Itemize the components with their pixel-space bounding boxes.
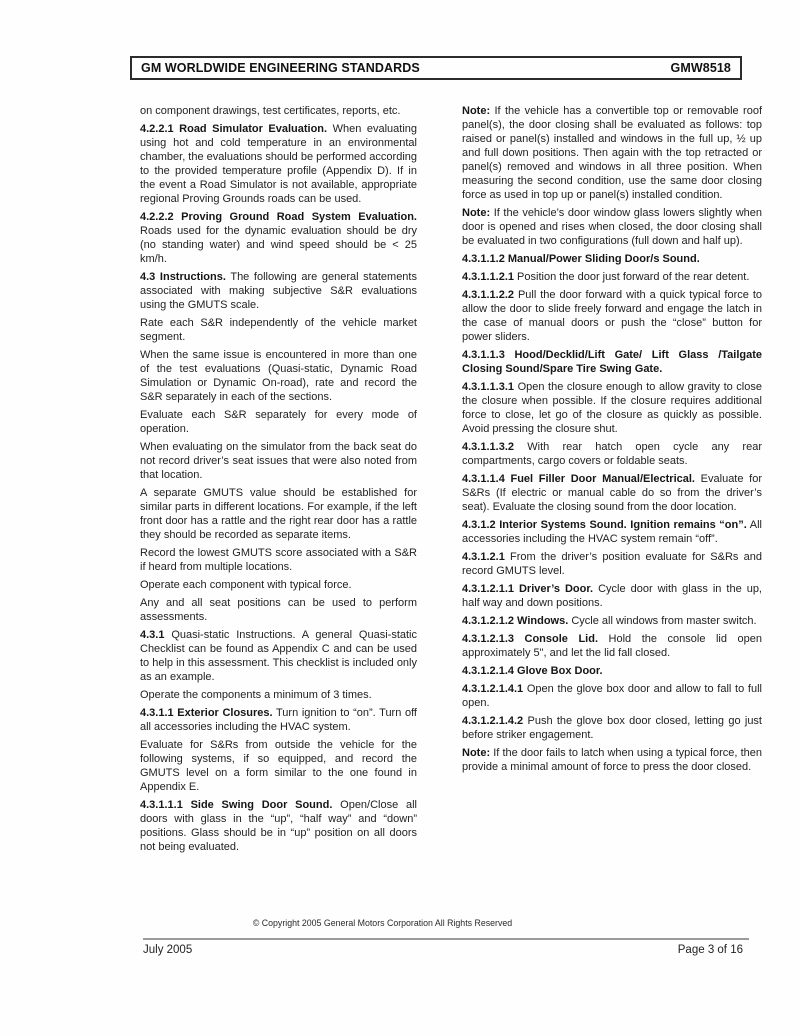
note-lead: Note: [462,207,490,219]
paragraph: When evaluating on the simulator from th… [140,440,417,482]
paragraph: 4.3.1.1.1 Side Swing Door Sound. Open/Cl… [140,798,417,854]
paragraph: A separate GMUTS value should be establi… [140,486,417,542]
paragraph: Rate each S&R independently of the vehic… [140,316,417,344]
section-lead: 4.3.1.1.3.2 [462,441,514,453]
section-lead: 4.2.2.1 Road Simulator Evaluation. [140,123,327,135]
paragraph: 4.3 Instructions. The following are gene… [140,270,417,312]
paragraph-text: Operate the components a minimum of 3 ti… [140,689,372,701]
paragraph: 4.3.1.2 Interior Systems Sound. Ignition… [462,518,762,546]
paragraph: Evaluate for S&Rs from outside the vehic… [140,738,417,794]
paragraph: on component drawings, test certificates… [140,104,417,118]
paragraph-text: Any and all seat positions can be used t… [140,597,417,623]
section-lead: 4.3.1.1.2.2 [462,289,514,301]
section-lead: 4.3.1.2.1.2 Windows. [462,615,568,627]
section-lead: 4.3.1.1 Exterior Closures. [140,707,273,719]
section-lead: 4.3.1.2.1 [462,551,505,563]
left-column: on component drawings, test certificates… [140,104,417,854]
section-lead: 4.3.1.2.1.4.2 [462,715,523,727]
section-lead: 4.3.1.1.1 Side Swing Door Sound. [140,799,332,811]
paragraph: 4.2.2.2 Proving Ground Road System Evalu… [140,210,417,266]
paragraph: 4.3.1.1.3 Hood/Decklid/Lift Gate/ Lift G… [462,348,762,376]
paragraph-text: If the vehicle has a convertible top or … [462,105,762,201]
paragraph: 4.3.1.1.4 Fuel Filler Door Manual/Electr… [462,472,762,514]
paragraph-text: Evaluate each S&R separately for every m… [140,409,417,435]
paragraph: Note: If the vehicle has a convertible t… [462,104,762,202]
paragraph: Note: If the door fails to latch when us… [462,746,762,774]
paragraph: 4.3.1.2.1.4 Glove Box Door. [462,664,762,678]
paragraph: Operate each component with typical forc… [140,578,417,592]
paragraph: Note: If the vehicle’s door window glass… [462,206,762,248]
paragraph-text: Quasi-static Instructions. A general Qua… [140,629,417,683]
paragraph: Record the lowest GMUTS score associated… [140,546,417,574]
page-number: Page 3 of 16 [678,944,743,956]
section-lead: 4.3.1.1.4 Fuel Filler Door Manual/Electr… [462,473,695,485]
note-lead: Note: [462,747,490,759]
paragraph: 4.3.1.1.2 Manual/Power Sliding Door/s So… [462,252,762,266]
paragraph-text: When the same issue is encountered in mo… [140,349,417,403]
paragraph-text: Operate each component with typical forc… [140,579,352,591]
paragraph-text: When evaluating on the simulator from th… [140,441,417,481]
footer-divider [143,938,749,940]
section-lead: 4.3.1.2.1.3 Console Lid. [462,633,598,645]
section-lead: 4.3.1.1.2.1 [462,271,514,283]
paragraph: 4.3.1.1.3.2 With rear hatch open cycle a… [462,440,762,468]
paragraph-text: From the driver’s position evaluate for … [462,551,762,577]
paragraph: 4.3.1.2.1.3 Console Lid. Hold the consol… [462,632,762,660]
two-column-body: on component drawings, test certificates… [140,104,762,854]
section-lead: 4.3.1.1.2 Manual/Power Sliding Door/s So… [462,253,700,265]
header-title: GM WORLDWIDE ENGINEERING STANDARDS [141,61,420,75]
page-footer: July 2005 Page 3 of 16 [143,944,743,956]
paragraph-text: Evaluate for S&Rs from outside the vehic… [140,739,417,793]
paragraph-text: A separate GMUTS value should be establi… [140,487,417,541]
section-lead: 4.3.1.2.1.1 Driver’s Door. [462,583,593,595]
paragraph: 4.3.1.1.3.1 Open the closure enough to a… [462,380,762,436]
paragraph-text: Roads used for the dynamic evaluation sh… [140,225,417,265]
section-lead: 4.3.1 [140,629,164,641]
section-lead: 4.3.1.2 Interior Systems Sound. Ignition… [462,519,747,531]
paragraph-text: If the vehicle’s door window glass lower… [462,207,762,247]
paragraph: 4.3.1.2.1.4.2 Push the glove box door cl… [462,714,762,742]
paragraph-text: If the door fails to latch when using a … [462,747,762,773]
paragraph-text: Record the lowest GMUTS score associated… [140,547,417,573]
right-column: Note: If the vehicle has a convertible t… [462,104,762,854]
paragraph: 4.3.1.2.1.1 Driver’s Door. Cycle door wi… [462,582,762,610]
paragraph: 4.3.1.1.2.1 Position the door just forwa… [462,270,762,284]
paragraph: 4.3.1 Quasi-static Instructions. A gener… [140,628,417,684]
paragraph-text: on component drawings, test certificates… [140,105,400,117]
paragraph: 4.3.1.2.1.2 Windows. Cycle all windows f… [462,614,762,628]
paragraph-text: Rate each S&R independently of the vehic… [140,317,417,343]
section-lead: 4.3.1.2.1.4 Glove Box Door. [462,665,603,677]
paragraph: Any and all seat positions can be used t… [140,596,417,624]
note-lead: Note: [462,105,490,117]
paragraph: Operate the components a minimum of 3 ti… [140,688,417,702]
document-page: GM WORLDWIDE ENGINEERING STANDARDS GMW85… [0,0,800,1036]
section-lead: 4.3.1.2.1.4.1 [462,683,523,695]
paragraph: 4.3.1.1.2.2 Pull the door forward with a… [462,288,762,344]
issue-date: July 2005 [143,944,192,956]
paragraph-text: When evaluating using hot and cold tempe… [140,123,417,205]
standards-header-box: GM WORLDWIDE ENGINEERING STANDARDS GMW85… [130,56,742,80]
section-lead: 4.3 Instructions. [140,271,226,283]
paragraph: 4.3.1.2.1 From the driver’s position eva… [462,550,762,578]
section-lead: 4.3.1.1.3 Hood/Decklid/Lift Gate/ Lift G… [462,349,762,375]
paragraph: Evaluate each S&R separately for every m… [140,408,417,436]
paragraph: 4.3.1.1 Exterior Closures. Turn ignition… [140,706,417,734]
paragraph-text: Position the door just forward of the re… [514,271,749,283]
section-lead: 4.2.2.2 Proving Ground Road System Evalu… [140,211,417,223]
paragraph-text: Cycle all windows from mas­ter switch. [568,615,756,627]
paragraph: 4.2.2.1 Road Simulator Evaluation. When … [140,122,417,206]
section-lead: 4.3.1.1.3.1 [462,381,514,393]
paragraph: When the same issue is encountered in mo… [140,348,417,404]
doc-number: GMW8518 [671,61,731,75]
paragraph: 4.3.1.2.1.4.1 Open the glove box door an… [462,682,762,710]
copyright-line: © Copyright 2005 General Motors Corporat… [130,918,635,928]
